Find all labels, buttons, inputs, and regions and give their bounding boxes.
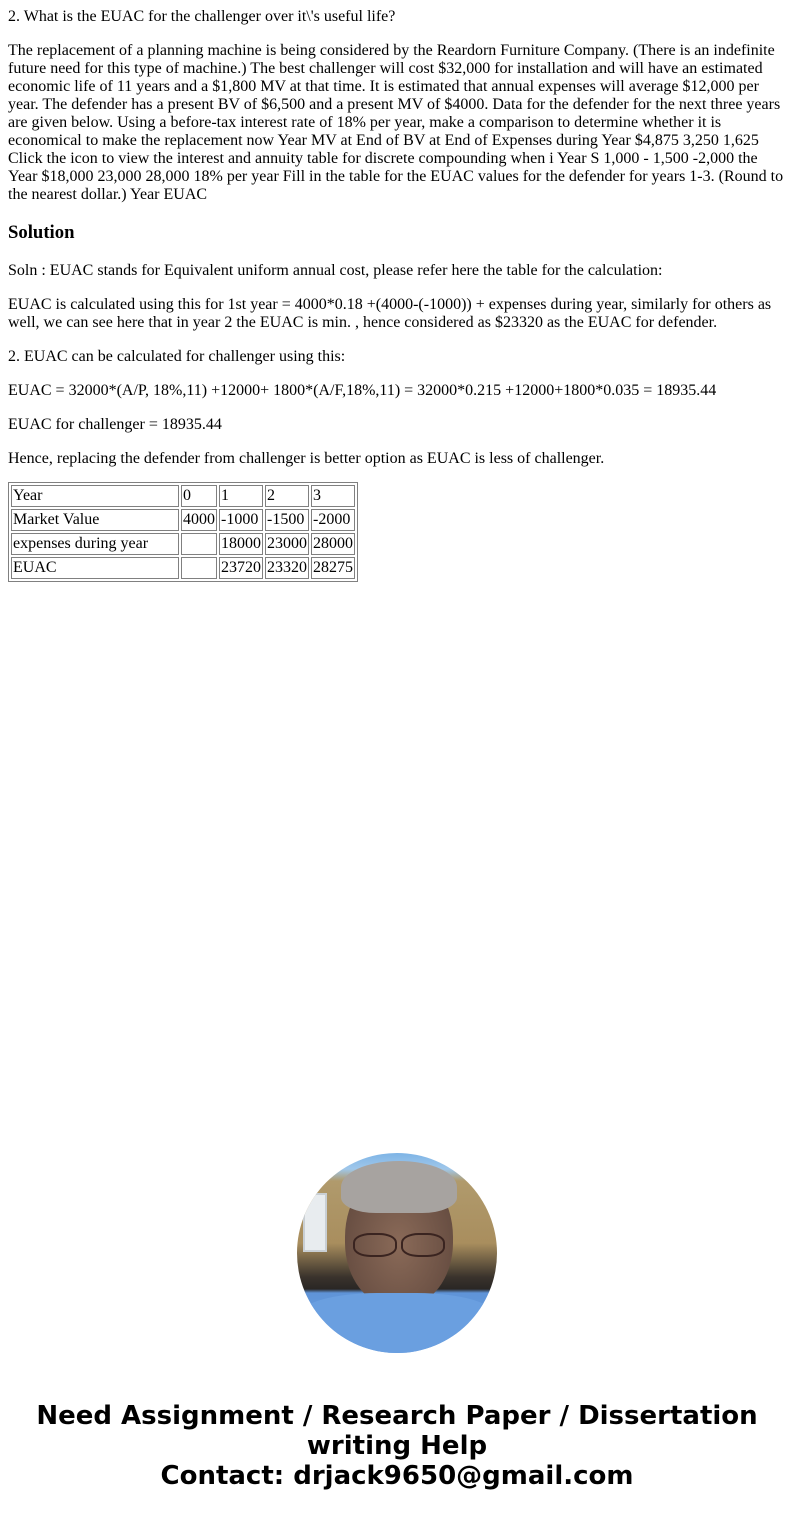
table-row: Market Value 4000 -1000 -1500 -2000 xyxy=(11,509,355,531)
table-cell: 23720 xyxy=(219,557,263,579)
table-cell: 23320 xyxy=(265,557,309,579)
wall-switch-decoration xyxy=(303,1193,327,1252)
solution-paragraph: EUAC is calculated using this for 1st ye… xyxy=(8,296,786,332)
shirt-shape xyxy=(297,1293,497,1353)
euac-table: Year 0 1 2 3 Market Value 4000 -1000 -15… xyxy=(8,482,358,582)
table-cell: Market Value xyxy=(11,509,179,531)
table-cell xyxy=(181,557,217,579)
document-content: 2. What is the EUAC for the challenger o… xyxy=(8,0,786,582)
table-cell: 4000 xyxy=(181,509,217,531)
table-row: EUAC 23720 23320 28275 xyxy=(11,557,355,579)
solution-paragraph: Soln : EUAC stands for Equivalent unifor… xyxy=(8,262,786,280)
solution-heading: Solution xyxy=(8,222,786,244)
conclusion: Hence, replacing the defender from chall… xyxy=(8,450,786,468)
table-row: expenses during year 18000 23000 28000 xyxy=(11,533,355,555)
table-cell: 2 xyxy=(265,485,309,507)
table-cell: EUAC xyxy=(11,557,179,579)
glasses-icon xyxy=(353,1233,445,1255)
promo-line: writing Help xyxy=(0,1431,794,1461)
table-cell: -1000 xyxy=(219,509,263,531)
tutor-avatar-photo-icon xyxy=(297,1153,497,1353)
table-cell: 1 xyxy=(219,485,263,507)
table-cell: -1500 xyxy=(265,509,309,531)
challenger-result: EUAC for challenger = 18935.44 xyxy=(8,416,786,434)
table-cell: expenses during year xyxy=(11,533,179,555)
table-cell: 28000 xyxy=(311,533,355,555)
table-row: Year 0 1 2 3 xyxy=(11,485,355,507)
table-cell: -2000 xyxy=(311,509,355,531)
table-cell: 3 xyxy=(311,485,355,507)
table-cell xyxy=(181,533,217,555)
table-cell: 18000 xyxy=(219,533,263,555)
question-body: The replacement of a planning machine is… xyxy=(8,42,786,204)
table-cell: Year xyxy=(11,485,179,507)
contact-email: Contact: drjack9650@gmail.com xyxy=(0,1461,794,1491)
challenger-formula: EUAC = 32000*(A/P, 18%,11) +12000+ 1800*… xyxy=(8,382,786,400)
table-cell: 28275 xyxy=(311,557,355,579)
promo-text: Need Assignment / Research Paper / Disse… xyxy=(0,1401,794,1491)
table-cell: 23000 xyxy=(265,533,309,555)
table-cell: 0 xyxy=(181,485,217,507)
solution-paragraph: 2. EUAC can be calculated for challenger… xyxy=(8,348,786,366)
promo-line: Need Assignment / Research Paper / Disse… xyxy=(0,1401,794,1431)
promo-section: Need Assignment / Research Paper / Disse… xyxy=(0,1153,794,1491)
question-title: 2. What is the EUAC for the challenger o… xyxy=(8,8,786,26)
hair-shape xyxy=(341,1161,457,1213)
